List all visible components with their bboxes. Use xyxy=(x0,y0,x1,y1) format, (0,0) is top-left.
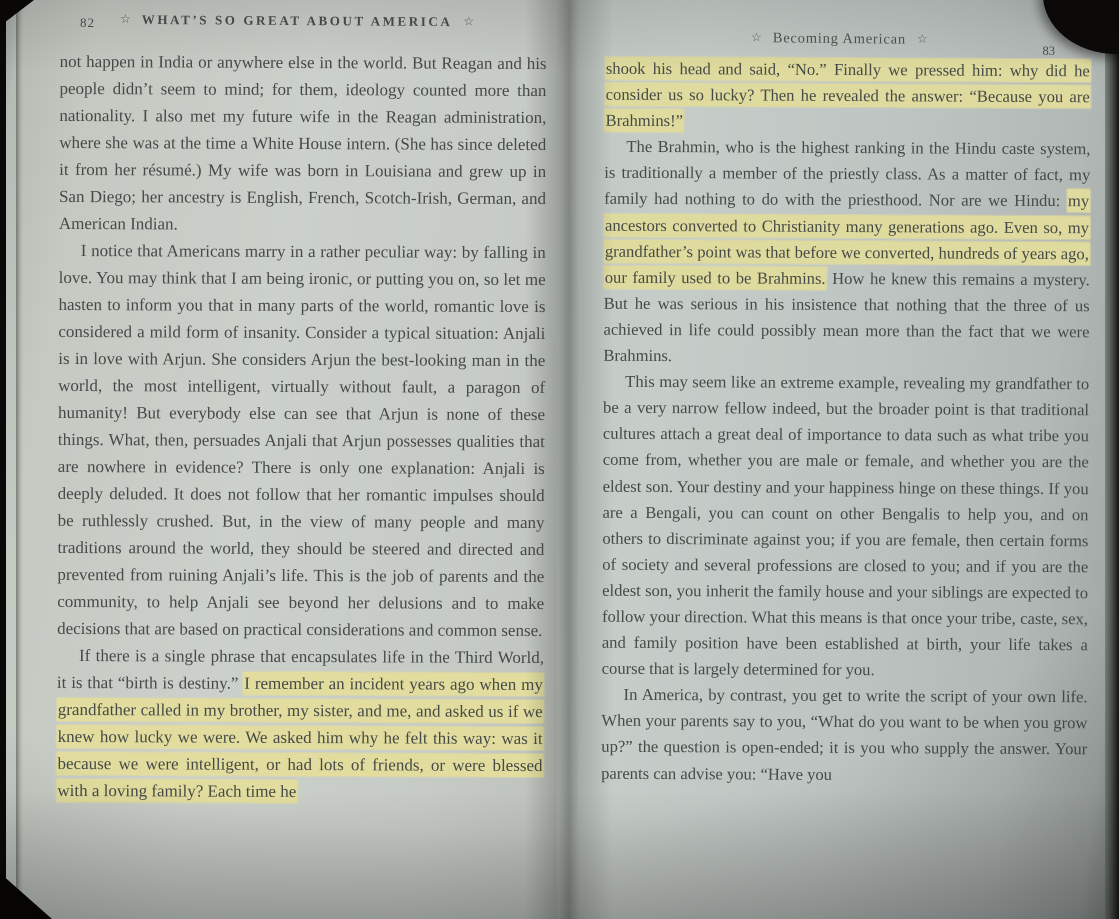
left-page-number: 82 xyxy=(80,15,95,31)
star-ornament-icon: ☆ xyxy=(464,14,475,28)
book-photo: 82 ☆ WHAT’S SO GREAT ABOUT AMERICA ☆ not… xyxy=(0,0,1119,919)
paragraph: This may seem like an extreme example, r… xyxy=(602,369,1090,685)
body-text: This may seem like an extreme example, r… xyxy=(602,372,1090,679)
paragraph: shook his head and said, “No.” Finally w… xyxy=(605,56,1091,137)
page-left: 82 ☆ WHAT’S SO GREAT ABOUT AMERICA ☆ not… xyxy=(6,0,557,919)
page-edge-crease xyxy=(16,0,23,919)
body-text: The Brahmin, who is the highest ranking … xyxy=(604,137,1090,210)
star-ornament-icon: ☆ xyxy=(917,32,928,46)
left-page-text: not happen in India or anywhere else in … xyxy=(56,48,546,806)
left-running-header: 82 ☆ WHAT’S SO GREAT ABOUT AMERICA ☆ xyxy=(56,12,539,30)
page-right: ☆ Becoming American ☆ 83 shook his head … xyxy=(557,0,1105,919)
body-text: In America, by contrast, you get to writ… xyxy=(601,685,1088,783)
paragraph: In America, by contrast, you get to writ… xyxy=(601,682,1088,789)
body-text: I notice that Americans marry in a rathe… xyxy=(57,241,546,640)
right-page-text: shook his head and said, “No.” Finally w… xyxy=(601,56,1091,789)
page-stack-edge xyxy=(1105,0,1119,919)
body-text: not happen in India or anywhere else in … xyxy=(59,52,547,234)
right-running-title: ☆ Becoming American ☆ xyxy=(744,29,935,49)
paragraph: If there is a single phrase that encapsu… xyxy=(56,642,544,806)
paragraph: The Brahmin, who is the highest ranking … xyxy=(603,134,1090,371)
paragraph: not happen in India or anywhere else in … xyxy=(59,48,547,239)
chapter-title-text: Becoming American xyxy=(773,30,906,47)
book-title-text: WHAT’S SO GREAT ABOUT AMERICA xyxy=(142,12,453,29)
paragraph: I notice that Americans marry in a rathe… xyxy=(57,237,546,644)
right-page-number: 83 xyxy=(1043,44,1056,59)
star-ornament-icon: ☆ xyxy=(751,30,762,44)
left-running-title: ☆ WHAT’S SO GREAT ABOUT AMERICA ☆ xyxy=(113,11,481,32)
highlighted-text: shook his head and said, “No.” Finally w… xyxy=(605,57,1091,133)
star-ornament-icon: ☆ xyxy=(120,12,131,26)
right-running-header: ☆ Becoming American ☆ 83 xyxy=(602,30,1077,48)
